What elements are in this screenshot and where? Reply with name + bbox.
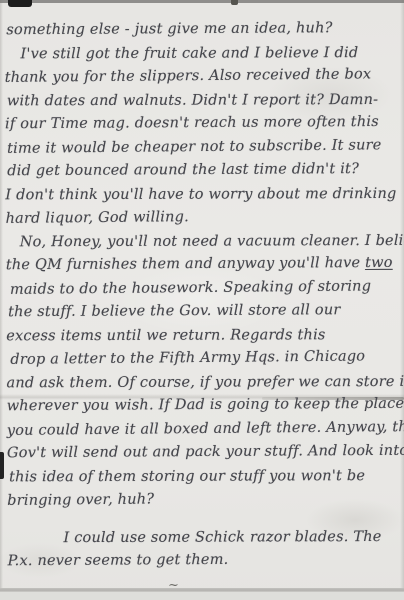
letter-line: did get bounced around the last time did… xyxy=(5,158,401,184)
letter-line: the QM furnishes them and anyway you'll … xyxy=(6,252,402,278)
letter-line: you could have it all boxed and left the… xyxy=(7,416,403,443)
letter-line: something else - just give me an idea, h… xyxy=(4,17,400,43)
scan-background-below-paper xyxy=(0,592,404,600)
letter-line: wherever you wish. If Dad is going to ke… xyxy=(7,393,403,419)
letter-line: Gov't will send out and pack your stuff.… xyxy=(7,440,403,466)
letter-line: drop a letter to the Fifth Army Hqs. in … xyxy=(6,345,402,372)
paper-left-edge-shadow xyxy=(0,0,3,600)
letter-line: with dates and walnuts. Didn't I report … xyxy=(5,88,401,113)
left-edge-ink-mark xyxy=(0,452,4,479)
letter-line: No, Honey, you'll not need a vacuum clea… xyxy=(6,229,402,254)
letter-scan-page: something else - just give me an idea, h… xyxy=(0,0,404,600)
letter-line: hard liquor, God willing. xyxy=(5,204,401,231)
letter-line: maids to do the housework. Speaking of s… xyxy=(6,275,402,302)
letter-line: this idea of them storing our stuff you … xyxy=(7,464,403,489)
letter-line: thank you for the slippers. Also receive… xyxy=(5,63,401,90)
scan-top-edge-tick xyxy=(231,0,238,5)
letter-line: bringing over, huh? xyxy=(7,486,403,513)
letter-line: I don't think you'll have to worry about… xyxy=(5,182,401,207)
letter-line: if our Time mag. doesn't reach us more o… xyxy=(5,111,401,137)
letter-line: I could use some Schick razor blades. Th… xyxy=(7,525,403,550)
handwritten-letter-body: something else - just give me an idea, h… xyxy=(4,17,403,574)
scan-top-edge xyxy=(0,0,404,3)
letter-line: I've still got the fruit cake and I beli… xyxy=(4,41,400,66)
letter-line: time it would be cheaper not to subscrib… xyxy=(5,134,401,161)
letter-line: P.x. never seems to get them. xyxy=(8,548,404,574)
pencil-squiggle-mark: ~ xyxy=(168,578,179,593)
letter-line: and ask them. Of course, if you prefer w… xyxy=(6,370,402,395)
letter-line: the stuff. I believe the Gov. will store… xyxy=(6,299,402,325)
letter-line: excess items until we return. Regards th… xyxy=(6,323,402,348)
scan-top-edge-mark xyxy=(8,0,32,7)
